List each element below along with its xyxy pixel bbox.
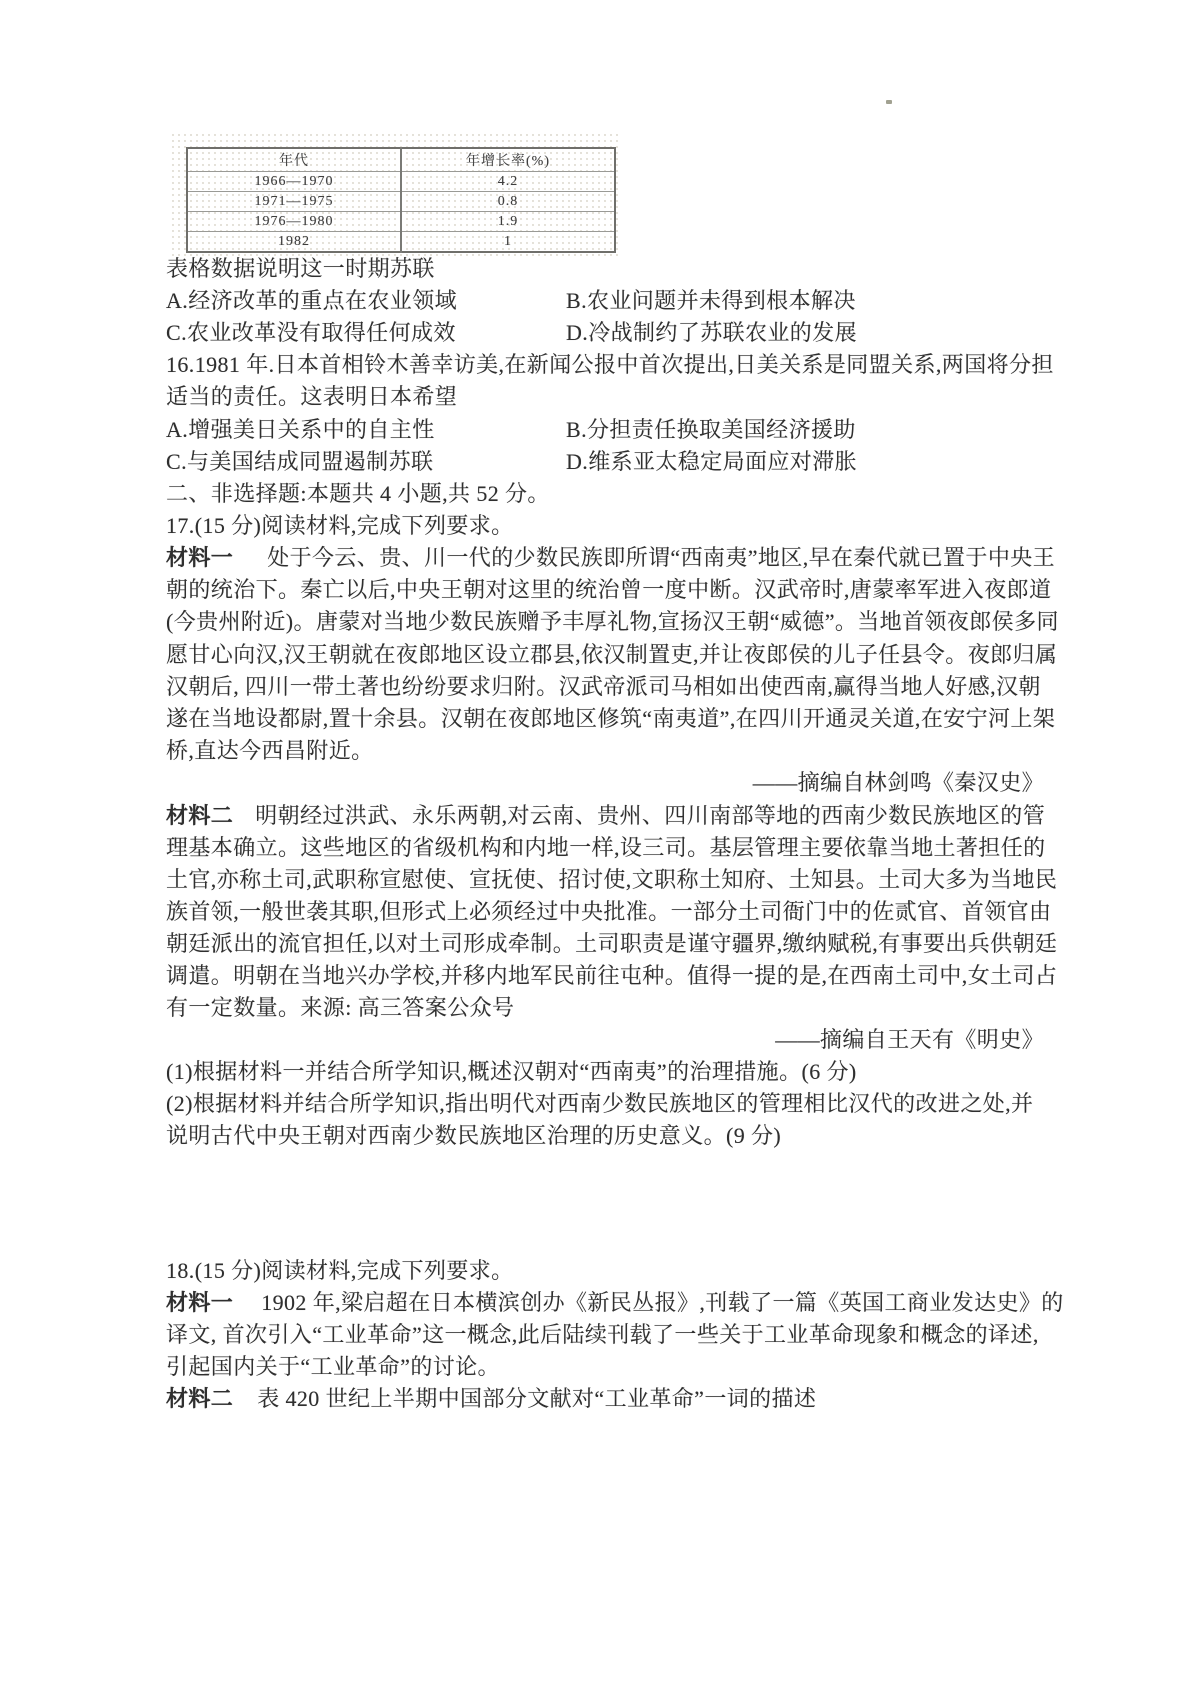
rate-cell: 0.8 <box>401 192 615 212</box>
q17-material1-line5: 汉朝后, 四川一带土著也纷纷要求归附。汉武帝派司马相如出使西南,赢得当地人好感,… <box>166 674 1044 699</box>
q16-option-d: D.维系亚太稳定局面应对滞胀 <box>566 449 857 474</box>
table-row: 1976—1980 1.9 <box>187 212 615 232</box>
q17-material2-source: ——摘编自王天有《明史》 <box>166 1027 1044 1052</box>
q17-material2-line4: 族首领,一般世袭其职,但形式上必须经过中央批准。一部分土司衙门中的佐贰官、首领官… <box>166 899 1044 924</box>
q17-intro: 17.(15 分)阅读材料,完成下列要求。 <box>166 513 1044 538</box>
q17-material2-line2: 理基本确立。这些地区的省级机构和内地一样,设三司。基层管理主要依靠当地土著担任的 <box>166 835 1044 860</box>
q18-intro: 18.(15 分)阅读材料,完成下列要求。 <box>166 1258 1044 1283</box>
rate-cell: 1 <box>401 232 615 253</box>
q17-subquestion-2-line2: 说明古代中央王朝对西南少数民族地区治理的历史意义。(9 分) <box>166 1123 1044 1148</box>
q17-material2-line3: 土官,亦称土司,武职称宣慰使、宣抚使、招讨使,文职称土知府、土知县。土司大多为当… <box>166 867 1044 892</box>
material-2-label: 材料二 <box>166 803 233 828</box>
q17-material1-line7: 桥,直达今西昌附近。 <box>166 738 1044 763</box>
material-2-label: 材料二 <box>166 1386 233 1411</box>
q17-material1-line1: 材料一处于今云、贵、川一代的少数民族即所谓“西南夷”地区,早在秦代就已置于中央王 <box>166 545 1044 570</box>
q17-material1-line4: 愿甘心向汉,汉王朝就在夜郎地区设立郡县,依汉制置吏,并让夜郎侯的儿子任县令。夜郎… <box>166 642 1044 667</box>
q16-stem-line1: 16.1981 年.日本首相铃木善幸访美,在新闻公报中首次提出,日美关系是同盟关… <box>166 352 1044 377</box>
q18-material1-line1: 材料一1902 年,梁启超在日本横滨创办《新民丛报》,刊载了一篇《英国工商业发达… <box>166 1290 1044 1315</box>
rate-cell: 1.9 <box>401 212 615 232</box>
q18-material2-line1: 材料二表 420 世纪上半期中国部分文献对“工业革命”一词的描述 <box>166 1386 1044 1411</box>
scan-smudge <box>886 100 892 104</box>
growth-rate-table: 年代 年增长率(%) 1966—1970 4.2 1971—1975 0.8 1… <box>186 147 616 253</box>
q17-material2-text1: 明朝经过洪武、永乐两朝,对云南、贵州、四川南部等地的西南少数民族地区的管 <box>255 803 1045 828</box>
q17-subquestion-1: (1)根据材料一并结合所学知识,概述汉朝对“西南夷”的治理措施。(6 分) <box>166 1059 1044 1084</box>
q15-option-a: A.经济改革的重点在农业领域 <box>166 288 457 313</box>
period-cell: 1976—1980 <box>187 212 401 232</box>
q18-material1-line2: 译文, 首次引入“工业革命”这一概念,此后陆续刊载了一些关于工业革命现象和概念的… <box>166 1322 1044 1347</box>
material-1-label: 材料一 <box>166 1290 233 1315</box>
q18-material1-line3: 引起国内关于“工业革命”的讨论。 <box>166 1354 1044 1379</box>
growth-table-zone: 年代 年增长率(%) 1966—1970 4.2 1971—1975 0.8 1… <box>170 132 622 259</box>
q16-stem-line2: 适当的责任。这表明日本希望 <box>166 384 1044 409</box>
rate-cell: 4.2 <box>401 172 615 192</box>
col-header-rate: 年增长率(%) <box>401 148 615 172</box>
q15-option-d: D.冷战制约了苏联农业的发展 <box>566 320 857 345</box>
q17-material2-line5: 朝廷派出的流官担任,以对土司形成牵制。土司职责是谨守疆界,缴纳赋税,有事要出兵供… <box>166 931 1044 956</box>
q18-material2-text1: 表 420 世纪上半期中国部分文献对“工业革命”一词的描述 <box>257 1386 816 1411</box>
period-cell: 1971—1975 <box>187 192 401 212</box>
q17-material2-line7: 有一定数量。来源: 高三答案公众号 <box>166 995 1044 1020</box>
table-row: 1971—1975 0.8 <box>187 192 615 212</box>
q17-material1-line3: (今贵州附近)。唐蒙对当地少数民族赠予丰厚礼物,宣扬汉王朝“威德”。当地首领夜郎… <box>166 609 1044 634</box>
period-cell: 1966—1970 <box>187 172 401 192</box>
q15-options-ab: A.经济改革的重点在农业领域 B.农业问题并未得到根本解决 <box>166 288 1044 313</box>
section2-header: 二、非选择题:本题共 4 小题,共 52 分。 <box>166 481 1044 506</box>
q16-option-a: A.增强美日关系中的自主性 <box>166 417 435 442</box>
q15-option-c: C.农业改革没有取得任何成效 <box>166 320 456 345</box>
q17-material2-line1: 材料二明朝经过洪武、永乐两朝,对云南、贵州、四川南部等地的西南少数民族地区的管 <box>166 803 1044 828</box>
q16-options-ab: A.增强美日关系中的自主性 B.分担责任换取美国经济援助 <box>166 417 1044 442</box>
q15-option-b: B.农业问题并未得到根本解决 <box>566 288 856 313</box>
q16-option-b: B.分担责任换取美国经济援助 <box>566 417 856 442</box>
q16-options-cd: C.与美国结成同盟遏制苏联 D.维系亚太稳定局面应对滞胀 <box>166 449 1044 474</box>
table-header-row: 年代 年增长率(%) <box>187 148 615 172</box>
q18-material1-text1: 1902 年,梁启超在日本横滨创办《新民丛报》,刊载了一篇《英国工商业发达史》的 <box>261 1290 1064 1315</box>
period-cell: 1982 <box>187 232 401 253</box>
q17-material1-source: ——摘编自林剑鸣《秦汉史》 <box>166 770 1044 795</box>
q17-material1-text1: 处于今云、贵、川一代的少数民族即所谓“西南夷”地区,早在秦代就已置于中央王 <box>267 545 1055 570</box>
exam-page: 年代 年增长率(%) 1966—1970 4.2 1971—1975 0.8 1… <box>0 0 1200 1698</box>
q17-material1-line6: 遂在当地设都尉,置十余县。汉朝在夜郎地区修筑“南夷道”,在四川开通灵关道,在安宁… <box>166 706 1044 731</box>
q16-option-c: C.与美国结成同盟遏制苏联 <box>166 449 433 474</box>
q15-stem: 表格数据说明这一时期苏联 <box>166 256 1044 281</box>
q17-material1-line2: 朝的统治下。秦亡以后,中央王朝对这里的统治曾一度中断。汉武帝时,唐蒙率军进入夜郎… <box>166 577 1044 602</box>
col-header-period: 年代 <box>187 148 401 172</box>
q17-material2-line6: 调遣。明朝在当地兴办学校,并移内地军民前往屯种。值得一提的是,在西南土司中,女土… <box>166 963 1044 988</box>
q15-options-cd: C.农业改革没有取得任何成效 D.冷战制约了苏联农业的发展 <box>166 320 1044 345</box>
material-1-label: 材料一 <box>166 545 233 570</box>
q17-subquestion-2-line1: (2)根据材料并结合所学知识,指出明代对西南少数民族地区的管理相比汉代的改进之处… <box>166 1091 1044 1116</box>
table-row: 1966—1970 4.2 <box>187 172 615 192</box>
table-row: 1982 1 <box>187 232 615 253</box>
